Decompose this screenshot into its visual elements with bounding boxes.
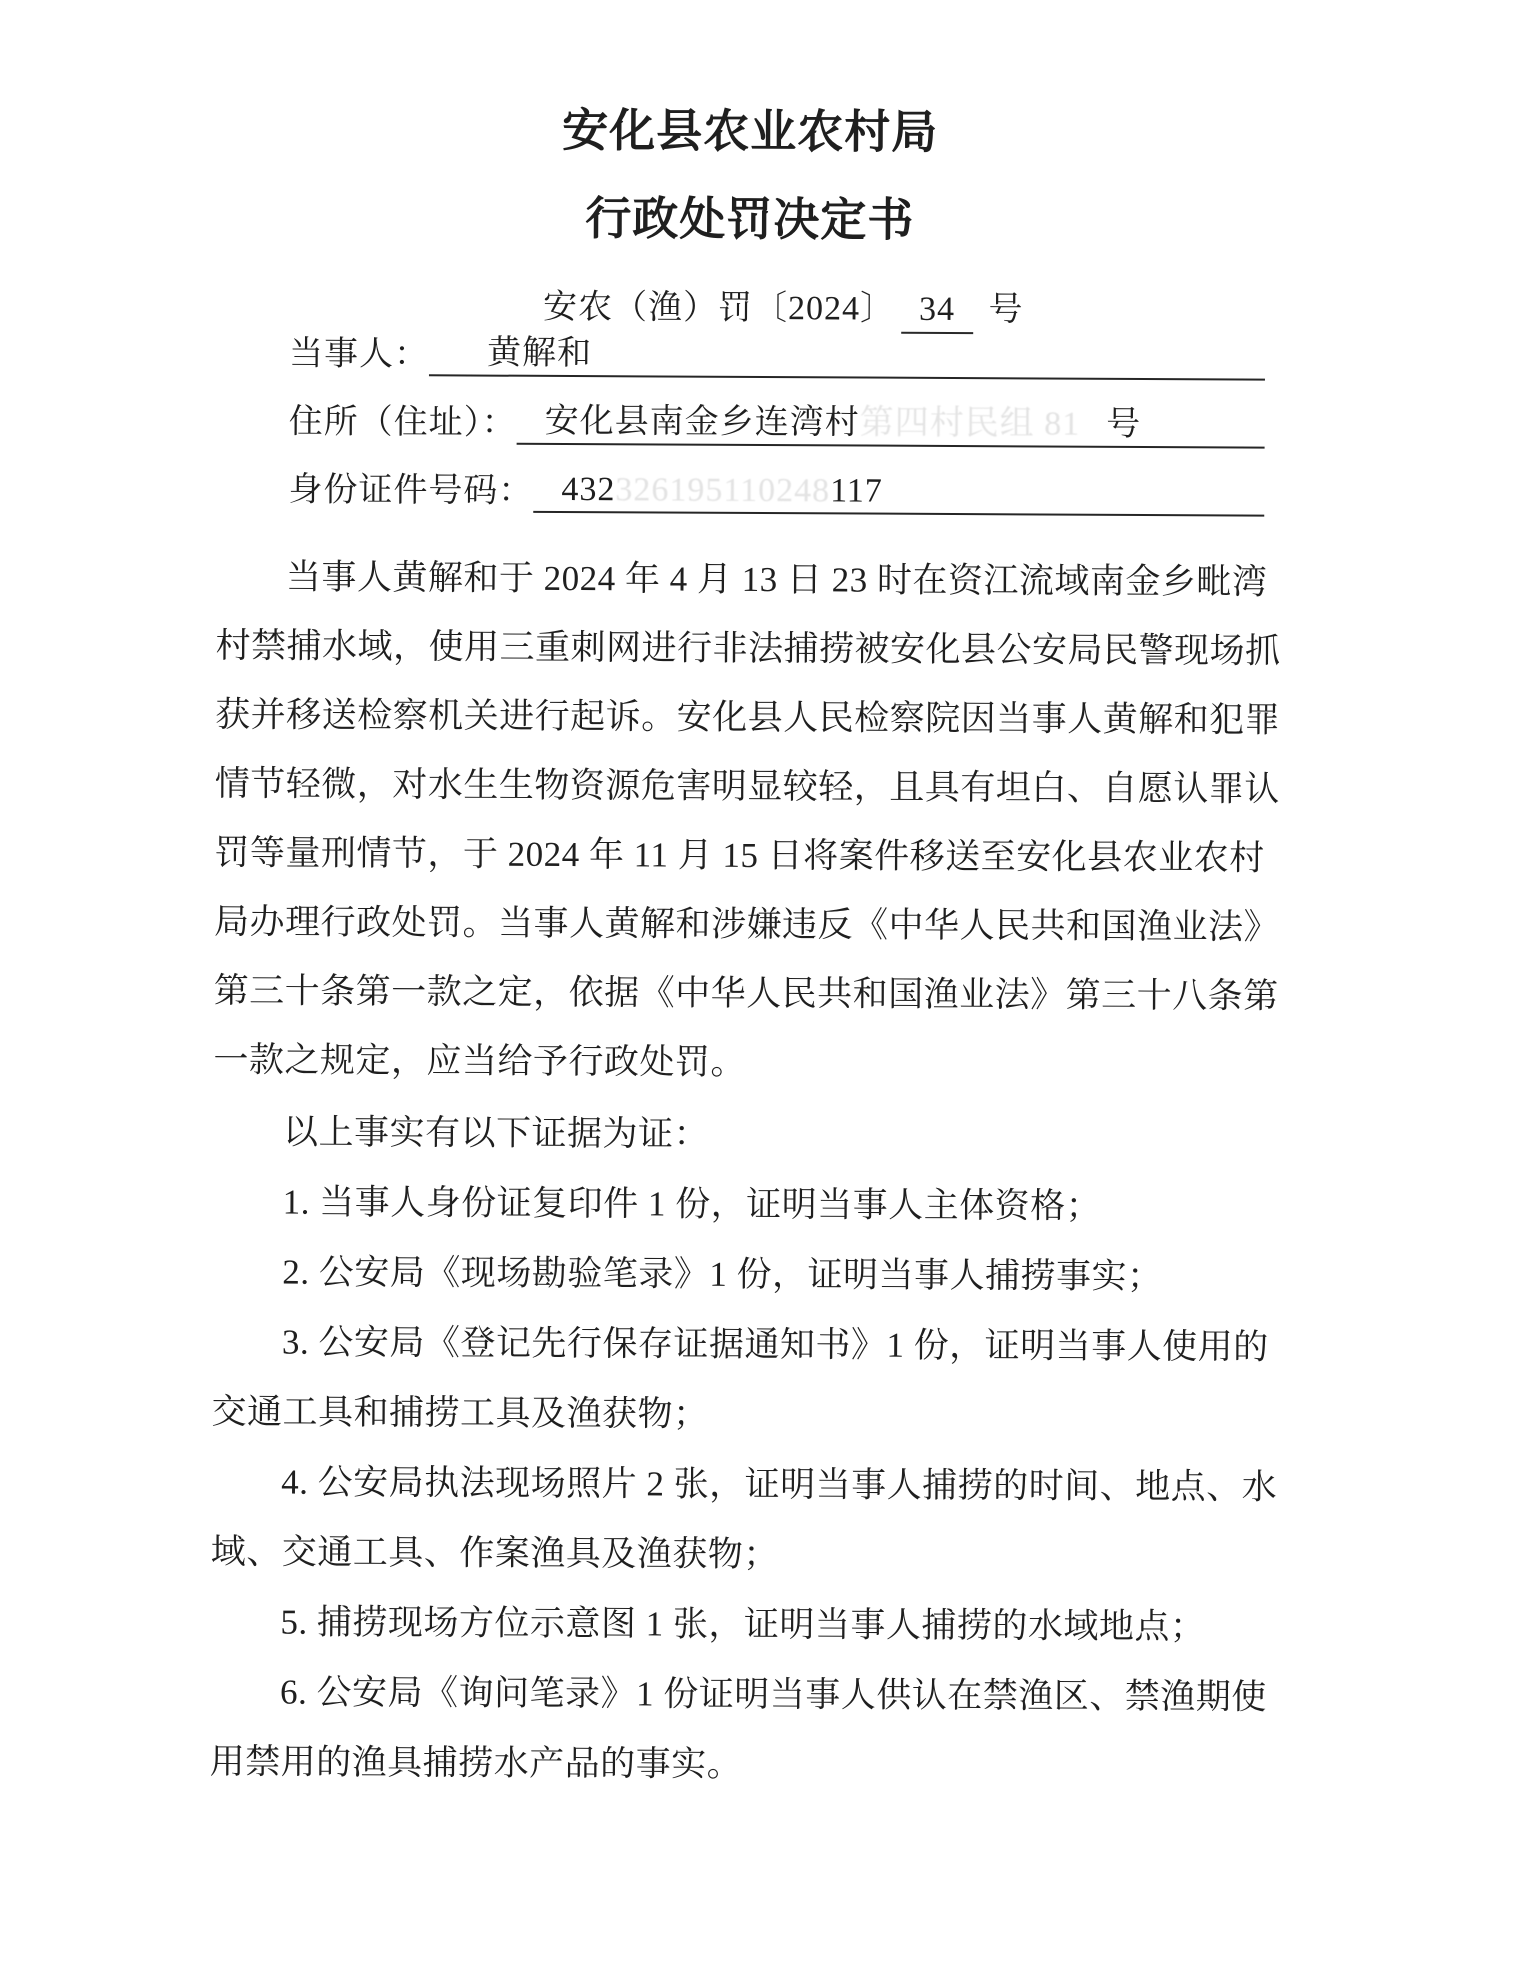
party-info-fields: 当事人： 黄解和 住所（住址）： 安化县南金乡连湾村第四村民组 81号 身份证件… xyxy=(288,308,1265,517)
evidence-item-4-continued: 域、交通工具、作案渔具及渔获物； xyxy=(211,1517,1275,1593)
evidence-item-3: 3. 公安局《登记先行保存证据通知书》1 份，证明当事人使用的 xyxy=(212,1307,1276,1383)
address-value-suffix: 号 xyxy=(1106,404,1141,446)
id-number-field-label: 身份证件号码： xyxy=(288,470,533,513)
body-line: 局办理行政处罚。当事人黄解和涉嫌违反《中华人民共和国渔业法》 xyxy=(214,887,1278,962)
body-line: 情节轻微，对水生生物资源危害明显较轻，且具有坦白、自愿认罪认 xyxy=(215,749,1279,824)
address-field-underline: 安化县南金乡连湾村第四村民组 81号 xyxy=(517,401,1265,449)
evidence-list-section: 以上事实有以下证据为证： 1. 当事人身份证复印件 1 份，证明当事人主体资格；… xyxy=(210,1097,1278,1803)
id-number-redacted-text: 326195110248 xyxy=(615,469,830,512)
body-line: 村禁捕水域，使用三重刺网进行非法捕捞被安化县公安局民警现场抓 xyxy=(215,611,1279,686)
body-line: 获并移送检察机关进行起诉。安化县人民检察院因当事人黄解和犯罪 xyxy=(215,680,1279,755)
issuing-authority-title: 安化县农业农村局 xyxy=(218,101,1282,163)
party-field-label: 当事人： xyxy=(289,334,429,377)
address-value: 安化县南金乡连湾村 xyxy=(517,401,860,445)
case-facts-paragraph: 当事人黄解和于 2024 年 4 月 13 日 23 时在资江流域南金乡毗湾 村… xyxy=(213,542,1280,1100)
evidence-intro: 以上事实有以下证据为证： xyxy=(213,1097,1277,1173)
party-field-row: 当事人： 黄解和 xyxy=(289,308,1265,381)
party-name-value: 黄解和 xyxy=(429,332,592,375)
body-line: 当事人黄解和于 2024 年 4 月 13 日 23 时在资江流域南金乡毗湾 xyxy=(216,542,1280,617)
body-line: 第三十条第一款之定，依据《中华人民共和国渔业法》第三十八条第 xyxy=(214,956,1278,1031)
party-field-underline: 黄解和 xyxy=(429,332,1265,380)
penalty-decision-document-page: 安化县农业农村局 行政处罚决定书 安农（渔）罚〔2024〕34 号 当事人： 黄… xyxy=(0,0,1530,1980)
body-line: 一款之规定，应当给予行政处罚。 xyxy=(213,1025,1277,1100)
evidence-item-1: 1. 当事人身份证复印件 1 份，证明当事人主体资格； xyxy=(212,1167,1276,1243)
evidence-item-6-continued: 用禁用的渔具捕捞水产品的事实。 xyxy=(210,1727,1274,1803)
address-redacted-text: 第四村民组 81 xyxy=(860,403,1081,446)
evidence-item-5: 5. 捕捞现场方位示意图 1 张，证明当事人捕捞的水域地点； xyxy=(210,1587,1274,1663)
evidence-item-2: 2. 公安局《现场勘验笔录》1 份，证明当事人捕捞事实； xyxy=(212,1237,1276,1313)
evidence-item-6: 6. 公安局《询问笔录》1 份证明当事人供认在禁渔区、禁渔期使 xyxy=(210,1657,1274,1733)
id-number-field-row: 身份证件号码： 432326195110248117 xyxy=(288,444,1264,517)
id-number-visible-start: 432 xyxy=(533,469,615,511)
address-field-row: 住所（住址）： 安化县南金乡连湾村第四村民组 81号 xyxy=(289,376,1265,449)
id-number-visible-end: 117 xyxy=(830,470,883,512)
evidence-item-4: 4. 公安局执法现场照片 2 张，证明当事人捕捞的时间、地点、水 xyxy=(211,1447,1275,1523)
scanned-document-content: 安化县农业农村局 行政处罚决定书 安农（渔）罚〔2024〕34 号 当事人： 黄… xyxy=(0,0,1530,1980)
id-number-field-underline: 432326195110248117 xyxy=(533,469,1264,517)
address-field-label: 住所（住址）： xyxy=(289,402,517,445)
body-line: 罚等量刑情节，于 2024 年 11 月 15 日将案件移送至安化县农业农村 xyxy=(214,818,1278,893)
document-type-title: 行政处罚决定书 xyxy=(218,189,1282,251)
evidence-item-3-continued: 交通工具和捕捞工具及渔获物； xyxy=(211,1377,1275,1453)
